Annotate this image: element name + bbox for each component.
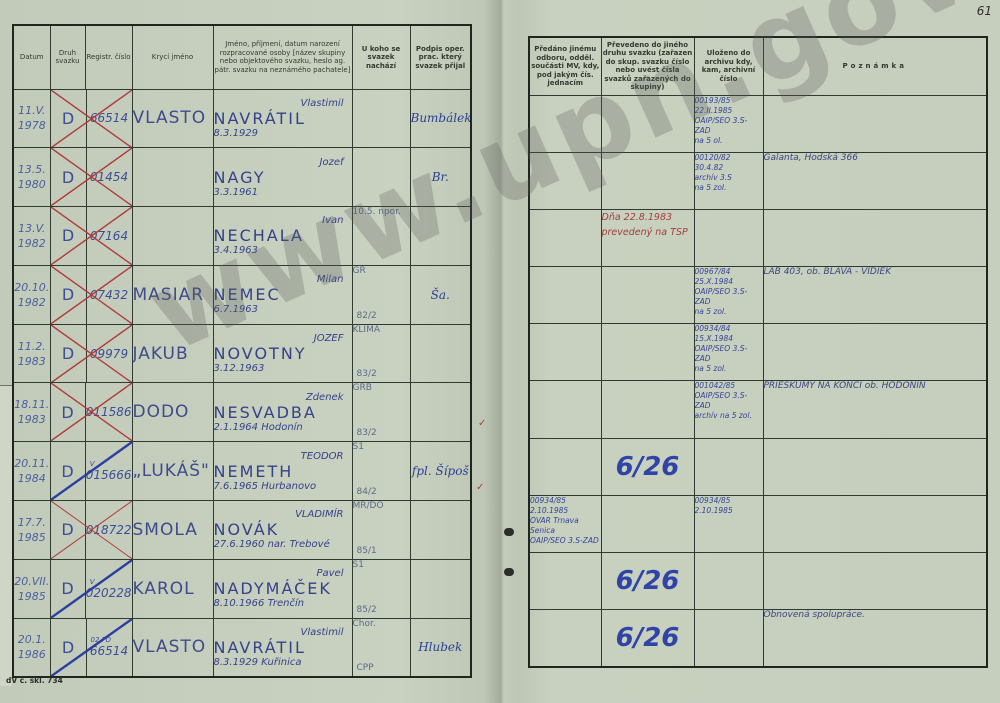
table-row: 11.2.1983 D 09979 JAKUB JOZEF NOVOTNY 3.… xyxy=(13,324,471,383)
cell-transferred: 6/26 xyxy=(601,553,694,610)
cell-cover-name: KAROL xyxy=(132,559,213,618)
reg-no-value: 09979 xyxy=(90,347,128,361)
cell-signature xyxy=(410,559,471,618)
cell-type: D 07164 xyxy=(50,207,132,266)
cell-handed-over xyxy=(529,381,601,438)
cell-signature: Hlubek xyxy=(410,618,471,677)
cell-holder: S1 84/2 xyxy=(352,442,410,501)
cell-holder: 10.5. npor. xyxy=(352,207,410,266)
header-reg-no: Registr. číslo xyxy=(85,25,132,89)
table-row: 00967/84 25.X.1984 OAIP/SEO 3.S-ZAD na 5… xyxy=(529,267,987,324)
table-row: 00120/82 30.4.82 archív 3.S na 5 zol. Ga… xyxy=(529,152,987,209)
cell-archived: 00120/82 30.4.82 archív 3.S na 5 zol. xyxy=(694,152,763,209)
cell-date: 11.V.1978 xyxy=(13,89,50,148)
form-footer: dV č. skl. 734 xyxy=(6,676,63,685)
check-mark: ✓ xyxy=(476,482,484,493)
reg-no-value: 015666 xyxy=(86,468,132,482)
table-row: 00193/85 22.II.1985 OAIP/SEO 3.S-ZAD na … xyxy=(529,95,987,152)
cell-type: D 011586 xyxy=(50,383,132,442)
table-row: 11.V.1978 D 66514 VLASTO Vlastimil NAVRÁ… xyxy=(13,89,471,148)
cell-handed-over xyxy=(529,95,601,152)
cell-date: 11.2.1983 xyxy=(13,324,50,383)
reg-no-value: 07432 xyxy=(90,288,128,302)
cell-person: JOZEF NOVOTNY 3.12.1963 xyxy=(213,324,352,383)
table-row: 20.VII.1985 D V 020228 KAROL Pavel NADYM… xyxy=(13,559,471,618)
header-signature: Podpis oper. prac. který svazek přijal xyxy=(410,25,471,89)
reg-no-value: 66514 xyxy=(90,111,128,125)
table-row: 20.1.1986 D 02,FD 66514 VLASTO Vlastimil… xyxy=(13,618,471,677)
cell-date: 17.7.1985 xyxy=(13,501,50,560)
table-row: 13.5.1980 D 01454 Jozef NAGY 3.3.1961 Br… xyxy=(13,148,471,207)
reg-no-cell: V 015666 xyxy=(86,442,132,500)
reg-no-cell: 09979 xyxy=(87,325,132,383)
cell-holder: MR/DO 85/1 xyxy=(352,501,410,560)
type-value: D xyxy=(51,266,87,324)
table-row: 6/26 Obnovená spolupráce. xyxy=(529,610,987,667)
cell-cover-name: VLASTO xyxy=(132,618,213,677)
cell-archived: 00193/85 22.II.1985 OAIP/SEO 3.S-ZAD na … xyxy=(694,95,763,152)
cell-note: LAB 403, ob. BLAVA - VIDIEK xyxy=(763,267,987,324)
type-value: D xyxy=(51,383,86,441)
cell-cover-name: SMOLA xyxy=(132,501,213,560)
cell-type: D V 020228 xyxy=(50,559,132,618)
cell-cover-name xyxy=(132,207,213,266)
type-value: D xyxy=(51,148,87,206)
cell-type: D V 015666 xyxy=(50,442,132,501)
cell-person: Vlastimil NAVRÁTIL 8.3.1929 xyxy=(213,89,352,148)
cell-date: 20.1.1986 xyxy=(13,618,50,677)
table-row: 18.11.1983 D 011586 DODO Zdenek NESVADBA… xyxy=(13,383,471,442)
reg-no-cell: 66514 xyxy=(87,90,132,148)
reg-no-value: 011586 xyxy=(86,405,132,419)
type-value: D xyxy=(51,90,87,148)
cell-cover-name: DODO xyxy=(132,383,213,442)
cell-handed-over xyxy=(529,438,601,495)
cell-transferred: 6/26 xyxy=(601,438,694,495)
cell-note xyxy=(763,553,987,610)
cell-transferred xyxy=(601,267,694,324)
cell-transferred xyxy=(601,324,694,381)
cell-cover-name: MASIAR xyxy=(132,265,213,324)
cell-note xyxy=(763,95,987,152)
type-value: D xyxy=(51,207,87,265)
cell-person: TEODOR NEMETH 7.6.1965 Hurbanovo xyxy=(213,442,352,501)
cell-date: 13.V.1982 xyxy=(13,207,50,266)
cell-holder: GR 82/2 xyxy=(352,265,410,324)
header-handed-over: Předáno jinému odboru, odděl. součásti M… xyxy=(529,37,601,95)
header-transferred: Převedeno do jiného druhu svazku (zařaze… xyxy=(601,37,694,95)
cell-transferred xyxy=(601,152,694,209)
cell-transferred: Dňa 22.8.1983 prevedený na TSP xyxy=(601,209,694,266)
header-holder: U koho se svazek nachází xyxy=(352,25,410,89)
cell-date: 13.5.1980 xyxy=(13,148,50,207)
cell-signature: Bumbálek xyxy=(410,89,471,148)
cell-signature xyxy=(410,501,471,560)
reg-no-value: 07164 xyxy=(90,229,128,243)
binding-gutter xyxy=(484,0,520,703)
binding-ring xyxy=(504,528,514,536)
cell-person: Ivan NECHALA 3.4.1963 xyxy=(213,207,352,266)
table-row: 20.11.1984 D V 015666 „LUKÁŠ" TEODOR NEM… xyxy=(13,442,471,501)
cell-type: D 02,FD 66514 xyxy=(50,618,132,677)
cell-note xyxy=(763,438,987,495)
cell-type: D 01454 xyxy=(50,148,132,207)
reg-no-cell: 07432 xyxy=(87,266,132,324)
check-mark: ✓ xyxy=(478,418,486,429)
cell-note xyxy=(763,495,987,552)
cell-date: 20.11.1984 xyxy=(13,442,50,501)
reg-no-value: 020228 xyxy=(86,586,132,600)
header-archived: Uloženo do archivu kdy, kam, archivní čí… xyxy=(694,37,763,95)
cell-archived: 00934/84 15.X.1984 OAIP/SEO 3.S-ZAD na 5… xyxy=(694,324,763,381)
cell-note: Galanta, Hodská 366 xyxy=(763,152,987,209)
reg-no-cell: 011586 xyxy=(86,383,132,441)
header-cover-name: Krycí jméno xyxy=(132,25,213,89)
cell-date: 20.10.1982 xyxy=(13,265,50,324)
cell-handed-over xyxy=(529,152,601,209)
header-note: Poznámka xyxy=(763,37,987,95)
cell-holder: S1 85/2 xyxy=(352,559,410,618)
page-edge-tabs xyxy=(0,385,12,686)
register-table-left: Datum Druh svazku Registr. číslo Krycí j… xyxy=(12,24,472,678)
cell-signature: Br. xyxy=(410,148,471,207)
table-row: 00934/85 2.10.1985 OVAR Trnava Senica OA… xyxy=(529,495,987,552)
type-value: D xyxy=(51,619,87,676)
cell-type: D 018722 xyxy=(50,501,132,560)
cell-signature: Ša. xyxy=(410,265,471,324)
type-value: D xyxy=(51,442,86,500)
cell-person: Zdenek NESVADBA 2.1.1964 Hodonín xyxy=(213,383,352,442)
reg-no-value: 018722 xyxy=(86,523,132,537)
cell-handed-over xyxy=(529,267,601,324)
reg-no-value: 66514 xyxy=(90,644,128,658)
cell-handed-over: 00934/85 2.10.1985 OVAR Trnava Senica OA… xyxy=(529,495,601,552)
cell-person: Milan NEMEC 6.7.1963 xyxy=(213,265,352,324)
cell-note xyxy=(763,209,987,266)
table-row: 17.7.1985 D 018722 SMOLA VLADIMÍR NOVÁK … xyxy=(13,501,471,560)
table-row: 001042/85 OAIP/SEO 3.S-ZAD archív na 5 z… xyxy=(529,381,987,438)
cell-type: D 09979 xyxy=(50,324,132,383)
table-row: 6/26 xyxy=(529,438,987,495)
reg-no-value: 01454 xyxy=(90,170,128,184)
cell-person: Pavel NADYMÁČEK 8.10.1966 Trenčín xyxy=(213,559,352,618)
cell-cover-name: JAKUB xyxy=(132,324,213,383)
cell-archived xyxy=(694,610,763,667)
type-value: D xyxy=(51,325,87,383)
cell-holder xyxy=(352,148,410,207)
table-row: 6/26 xyxy=(529,553,987,610)
register-table-right: Předáno jinému odboru, odděl. součásti M… xyxy=(528,36,988,668)
page-number: 61 xyxy=(977,4,992,18)
binding-ring xyxy=(504,568,514,576)
cell-person: Vlastimil NAVRÁTIL 8.3.1929 Kuřinica xyxy=(213,618,352,677)
type-value: D xyxy=(51,560,86,618)
cell-archived xyxy=(694,438,763,495)
cell-note: Obnovená spolupráce. xyxy=(763,610,987,667)
cell-type: D 66514 xyxy=(50,89,132,148)
table-row: 20.10.1982 D 07432 MASIAR Milan NEMEC 6.… xyxy=(13,265,471,324)
table-row: 00934/84 15.X.1984 OAIP/SEO 3.S-ZAD na 5… xyxy=(529,324,987,381)
reg-no-cell: 018722 xyxy=(86,501,132,559)
header-date: Datum xyxy=(13,25,50,89)
header-type: Druh svazku xyxy=(50,25,85,89)
header-person: Jméno, příjmení, datum narození rozpraco… xyxy=(213,25,352,89)
cell-signature xyxy=(410,383,471,442)
cell-cover-name xyxy=(132,148,213,207)
cell-handed-over xyxy=(529,610,601,667)
cell-transferred: 6/26 xyxy=(601,610,694,667)
cell-handed-over xyxy=(529,209,601,266)
cell-handed-over xyxy=(529,324,601,381)
cell-note: PRIEŠKUMY NA KONCI ob. HODONÍN xyxy=(763,381,987,438)
reg-no-cell: 01454 xyxy=(87,148,132,206)
cell-archived xyxy=(694,553,763,610)
cell-transferred xyxy=(601,381,694,438)
cell-transferred xyxy=(601,495,694,552)
reg-no-cell: V 020228 xyxy=(86,560,132,618)
cell-date: 20.VII.1985 xyxy=(13,559,50,618)
cell-cover-name: „LUKÁŠ" xyxy=(132,442,213,501)
type-value: D xyxy=(51,501,86,559)
cell-holder xyxy=(352,89,410,148)
cell-holder: KLÍMA 83/2 xyxy=(352,324,410,383)
cell-holder: Chor. CPP xyxy=(352,618,410,677)
cell-archived: 00967/84 25.X.1984 OAIP/SEO 3.S-ZAD na 5… xyxy=(694,267,763,324)
cell-signature: fpl. Šípoš xyxy=(410,442,471,501)
cell-person: VLADIMÍR NOVÁK 27.6.1960 nar. Trebové xyxy=(213,501,352,560)
cell-person: Jozef NAGY 3.3.1961 xyxy=(213,148,352,207)
reg-no-cell: 07164 xyxy=(87,207,132,265)
cell-type: D 07432 xyxy=(50,265,132,324)
table-row: Dňa 22.8.1983 prevedený na TSP xyxy=(529,209,987,266)
cell-note xyxy=(763,324,987,381)
cell-date: 18.11.1983 xyxy=(13,383,50,442)
cell-signature xyxy=(410,207,471,266)
cell-transferred xyxy=(601,95,694,152)
cell-archived xyxy=(694,209,763,266)
cell-archived: 00934/85 2.10.1985 xyxy=(694,495,763,552)
table-row: 13.V.1982 D 07164 Ivan NECHALA 3.4.1963 … xyxy=(13,207,471,266)
reg-no-cell: 02,FD 66514 xyxy=(87,619,132,676)
cell-archived: 001042/85 OAIP/SEO 3.S-ZAD archív na 5 z… xyxy=(694,381,763,438)
cell-cover-name: VLASTO xyxy=(132,89,213,148)
cell-handed-over xyxy=(529,553,601,610)
cell-holder: GRB 83/2 xyxy=(352,383,410,442)
cell-signature xyxy=(410,324,471,383)
